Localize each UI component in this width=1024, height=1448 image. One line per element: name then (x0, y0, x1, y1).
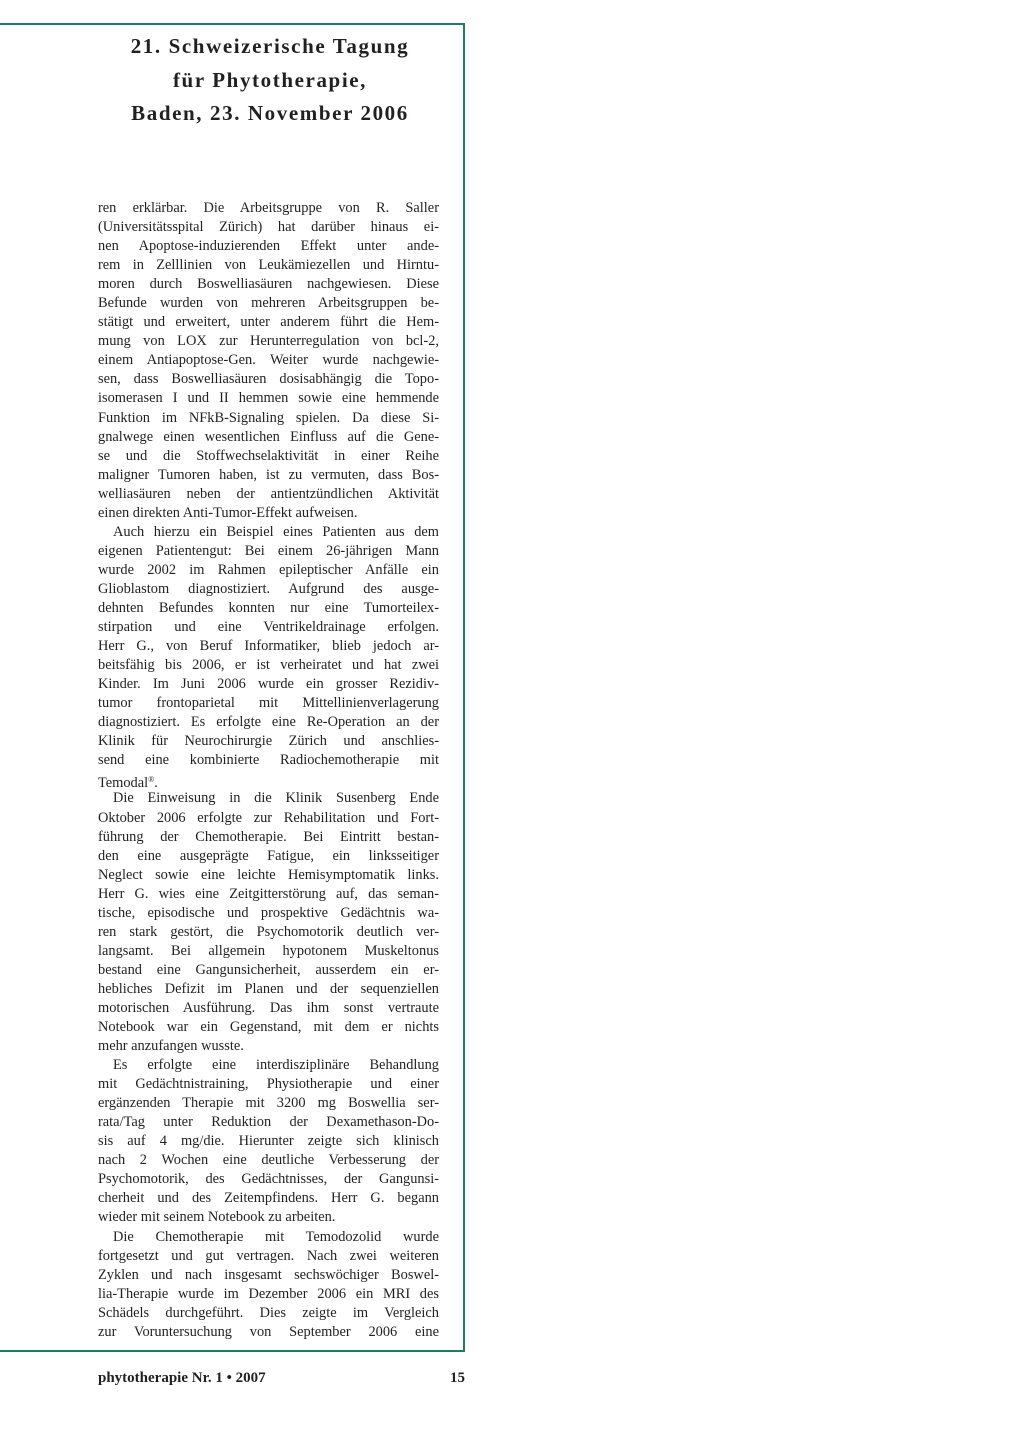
conference-title: 21. Schweizerische Tagung für Phytothera… (100, 30, 440, 131)
text-line: beitsfähig bis 2006, er ist verheiratet … (98, 656, 439, 675)
page-number: 15 (450, 1370, 465, 1387)
text-line: Psychomotorik, des Gedächtnisses, der Ga… (98, 1170, 439, 1189)
text-line: stätigt und erweitert, unter anderem füh… (98, 313, 439, 332)
text-line: isomerasen I und II hemmen sowie eine he… (98, 389, 439, 408)
journal-issue-label: phytotherapie Nr. 1 • 2007 (98, 1370, 266, 1387)
text-line: mehr anzufangen wusste. (98, 1037, 439, 1056)
text-line: einen direkten Anti-Tumor-Effekt aufweis… (98, 504, 439, 523)
text-line: Zyklen und nach insgesamt sechswöchiger … (98, 1266, 439, 1285)
text-line: langsamt. Bei allgemein hypotonem Muskel… (98, 942, 439, 961)
text-line: moren durch Boswelliasäuren nachgewiesen… (98, 275, 439, 294)
article-body: ren erklärbar. Die Arbeitsgruppe von R. … (98, 199, 439, 1342)
text-line: rem in Zelllinien von Leukämiezellen und… (98, 256, 439, 275)
text-line: send eine kombinierte Radiochemotherapie… (98, 751, 439, 770)
text-line: den eine ausgeprägte Fatigue, ein linkss… (98, 847, 439, 866)
title-line-2: für Phytotherapie, (100, 64, 440, 98)
text-line: dehnten Befundes konnten nur eine Tumort… (98, 599, 439, 618)
text-line: diagnostiziert. Es erfolgte eine Re-Oper… (98, 713, 439, 732)
text-line: einem Antiapoptose-Gen. Weiter wurde nac… (98, 351, 439, 370)
text-line: Herr G., von Beruf Informatiker, blieb j… (98, 637, 439, 656)
text-line: welliasäuren neben der antientzündlichen… (98, 485, 439, 504)
text-line: hebliches Defizit im Planen und der sequ… (98, 980, 439, 999)
text-line: Klinik für Neurochirurgie Zürich und ans… (98, 732, 439, 751)
text-line: cherheit und des Zeitempfindens. Herr G.… (98, 1189, 439, 1208)
text-line: Die Einweisung in die Klinik Susenberg E… (98, 789, 439, 808)
text-line: Herr G. wies eine Zeitgitterstörung auf,… (98, 885, 439, 904)
text-line: sis auf 4 mg/die. Hierunter zeigte sich … (98, 1132, 439, 1151)
text-line: Auch hierzu ein Beispiel eines Patienten… (98, 523, 439, 542)
title-line-1: 21. Schweizerische Tagung (100, 30, 440, 64)
text-line: Notebook war ein Gegenstand, mit dem er … (98, 1018, 439, 1037)
text-line: führung der Chemotherapie. Bei Eintritt … (98, 828, 439, 847)
text-line: ergänzenden Therapie mit 3200 mg Boswell… (98, 1094, 439, 1113)
text-line: gnalwege einen wesentlichen Einfluss auf… (98, 428, 439, 447)
text-line: Schädels durchgeführt. Dies zeigte im Ve… (98, 1304, 439, 1323)
title-line-3: Baden, 23. November 2006 (100, 97, 440, 131)
text-line: (Universitätsspital Zürich) hat darüber … (98, 218, 439, 237)
text-line: tische, episodische und prospektive Gedä… (98, 904, 439, 923)
text-line: Oktober 2006 erfolgte zur Rehabilitation… (98, 809, 439, 828)
text-line: lia-Therapie wurde im Dezember 2006 ein … (98, 1285, 439, 1304)
text-line: tumor frontoparietal mit Mittellinienver… (98, 694, 439, 713)
text-line: se und die Stoffwechselaktivität in eine… (98, 447, 439, 466)
text-line: motorischen Ausführung. Das ihm sonst ve… (98, 999, 439, 1018)
text-line: wieder mit seinem Notebook zu arbeiten. (98, 1208, 439, 1227)
text-line: Neglect sowie eine leichte Hemisymptomat… (98, 866, 439, 885)
text-line: zur Voruntersuchung von September 2006 e… (98, 1323, 439, 1342)
text-line: Glioblastom diagnostiziert. Aufgrund des… (98, 580, 439, 599)
text-line: bestand eine Gangunsicherheit, ausserdem… (98, 961, 439, 980)
text-line: fortgesetzt und gut vertragen. Nach zwei… (98, 1247, 439, 1266)
text-line: Die Chemotherapie mit Temodozolid wurde (98, 1228, 439, 1247)
text-line: eigenen Patientengut: Bei einem 26-jähri… (98, 542, 439, 561)
text-line: nach 2 Wochen eine deutliche Verbesserun… (98, 1151, 439, 1170)
text-line: Befunde wurden von mehreren Arbeitsgrupp… (98, 294, 439, 313)
text-line: Temodal®. (98, 770, 439, 789)
text-line: ren stark gestört, die Psychomotorik deu… (98, 923, 439, 942)
text-line: mung von LOX zur Herunterregulation von … (98, 332, 439, 351)
text-line: wurde 2002 im Rahmen epileptischer Anfäl… (98, 561, 439, 580)
text-line: rata/Tag unter Reduktion der Dexamethaso… (98, 1113, 439, 1132)
text-line: nen Apoptose-induzierenden Effekt unter … (98, 237, 439, 256)
text-line: Kinder. Im Juni 2006 wurde ein grosser R… (98, 675, 439, 694)
text-line: Funktion im NFkB-Signaling spielen. Da d… (98, 409, 439, 428)
text-line: maligner Tumoren haben, ist zu vermuten,… (98, 466, 439, 485)
text-line: mit Gedächtnistraining, Physiotherapie u… (98, 1075, 439, 1094)
text-line: sen, dass Boswelliasäuren dosisabhängig … (98, 370, 439, 389)
text-line: ren erklärbar. Die Arbeitsgruppe von R. … (98, 199, 439, 218)
text-line: Es erfolgte eine interdisziplinäre Behan… (98, 1056, 439, 1075)
text-line: stirpation und eine Ventrikeldrainage er… (98, 618, 439, 637)
